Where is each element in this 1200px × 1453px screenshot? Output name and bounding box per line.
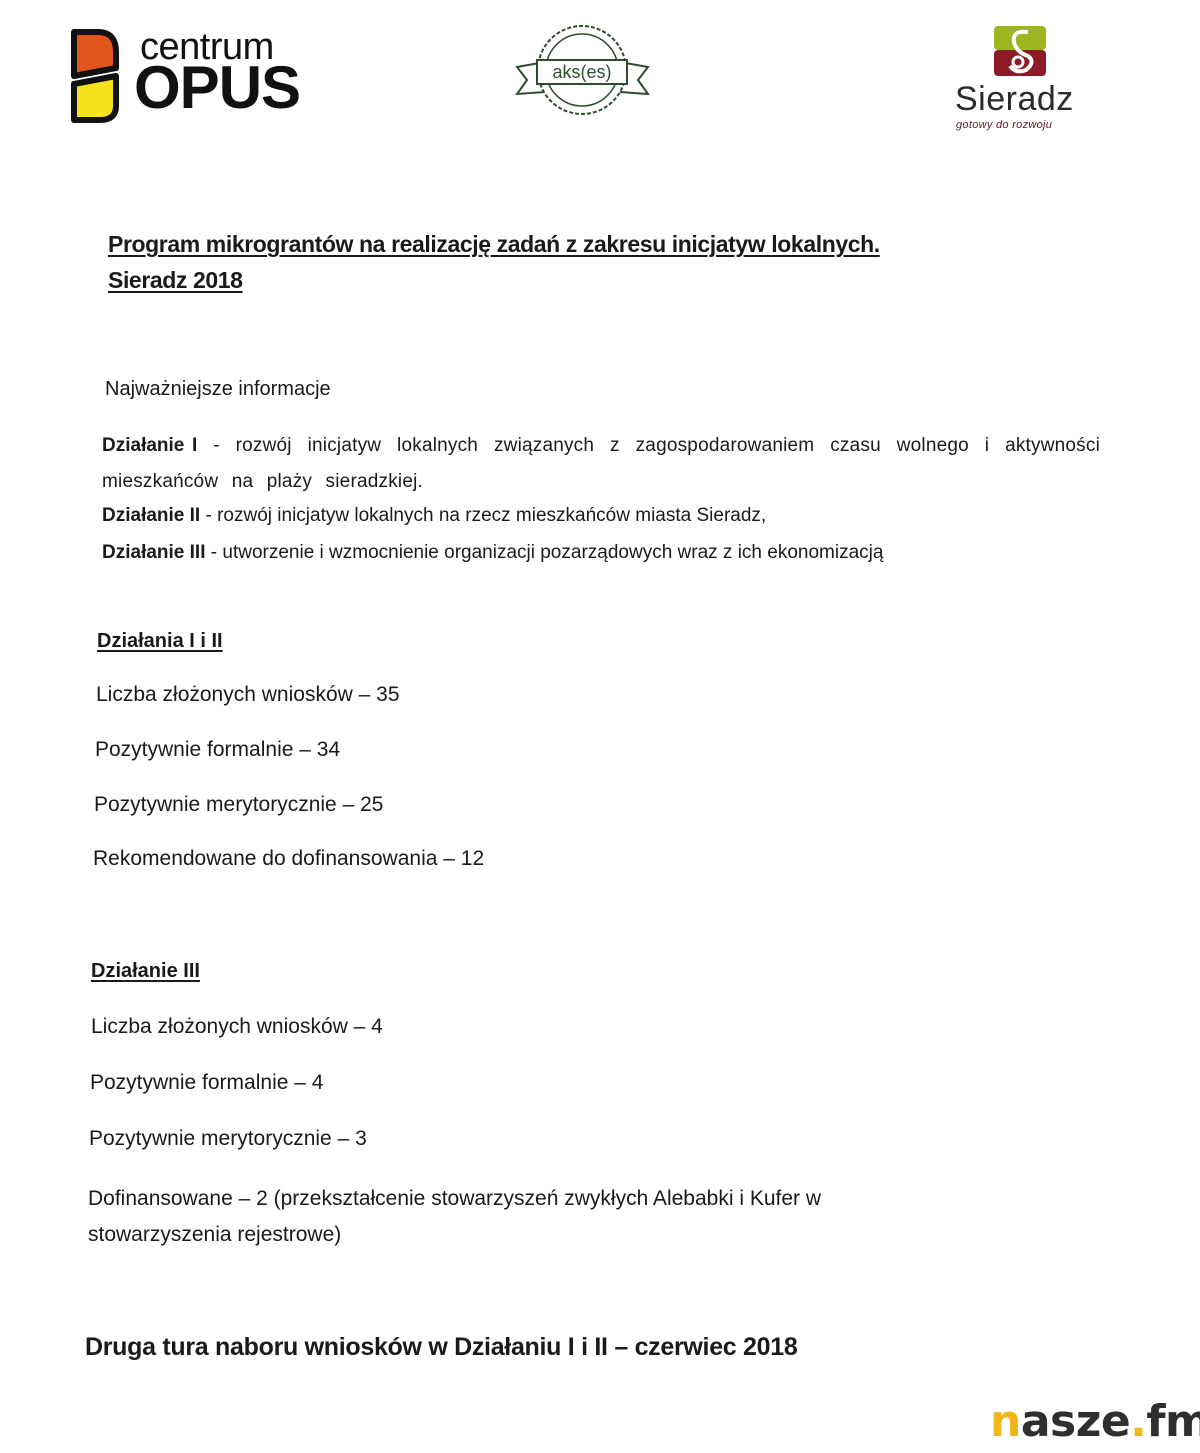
stat-row: Rekomendowane do dofinansowania – 12 bbox=[93, 847, 484, 871]
action-2-text: rozwój inicjatyw lokalnych na rzecz mies… bbox=[217, 505, 766, 526]
stat-row: Pozytywnie formalnie – 4 bbox=[90, 1071, 323, 1095]
action-3-label: Działanie III bbox=[102, 542, 205, 563]
stat-row: Pozytywnie merytorycznie – 25 bbox=[94, 793, 383, 817]
centrum-opus-logo-text-2: OPUS bbox=[134, 58, 300, 118]
action-2-description: Działanie II - rozwój inicjatyw lokalnyc… bbox=[102, 498, 1100, 534]
document-title-line-1: Program mikrograntów na realizację zadań… bbox=[108, 226, 880, 262]
section-heading-actions-1-2: Działania I i II bbox=[97, 630, 223, 653]
stat-row: Liczba złożonych wniosków – 4 bbox=[91, 1015, 383, 1039]
section-heading-action-3: Działanie III bbox=[91, 960, 200, 983]
action-1-text: rozwój inicjatyw lokalnych związanych z … bbox=[102, 435, 1100, 492]
stat-row: Liczba złożonych wniosków – 35 bbox=[96, 683, 400, 707]
document-title: Program mikrograntów na realizację zadań… bbox=[108, 226, 880, 298]
document-title-line-2: Sieradz 2018 bbox=[108, 262, 880, 298]
stat-row: Pozytywnie formalnie – 34 bbox=[95, 738, 340, 762]
second-round-announcement: Druga tura naboru wniosków w Działaniu I… bbox=[85, 1333, 797, 1362]
action-2-label: Działanie II bbox=[102, 505, 200, 526]
action-1-label: Działanie I bbox=[102, 435, 197, 456]
stat-row: Pozytywnie merytorycznie – 3 bbox=[89, 1127, 367, 1151]
nasze-fm-watermark: nasze.fm bbox=[990, 1396, 1200, 1447]
svg-text:aks(es): aks(es) bbox=[552, 62, 611, 82]
centrum-opus-logo-mark bbox=[70, 28, 120, 124]
akses-badge-logo: aks(es) bbox=[515, 22, 650, 117]
sieradz-logo-text: Sieradz bbox=[955, 80, 1074, 119]
action-1-description: Działanie I - rozwój inicjatyw lokalnych… bbox=[102, 428, 1100, 500]
info-heading: Najważniejsze informacje bbox=[105, 378, 331, 401]
sieradz-logo-tagline: gotowy do rozwoju bbox=[956, 119, 1052, 131]
sieradz-logo-mark bbox=[994, 26, 1046, 76]
stat-row: Dofinansowane – 2 (przekształcenie stowa… bbox=[88, 1181, 968, 1253]
action-3-text: utworzenie i wzmocnienie organizacji poz… bbox=[222, 542, 883, 563]
action-3-description: Działanie III - utworzenie i wzmocnienie… bbox=[102, 535, 1100, 571]
